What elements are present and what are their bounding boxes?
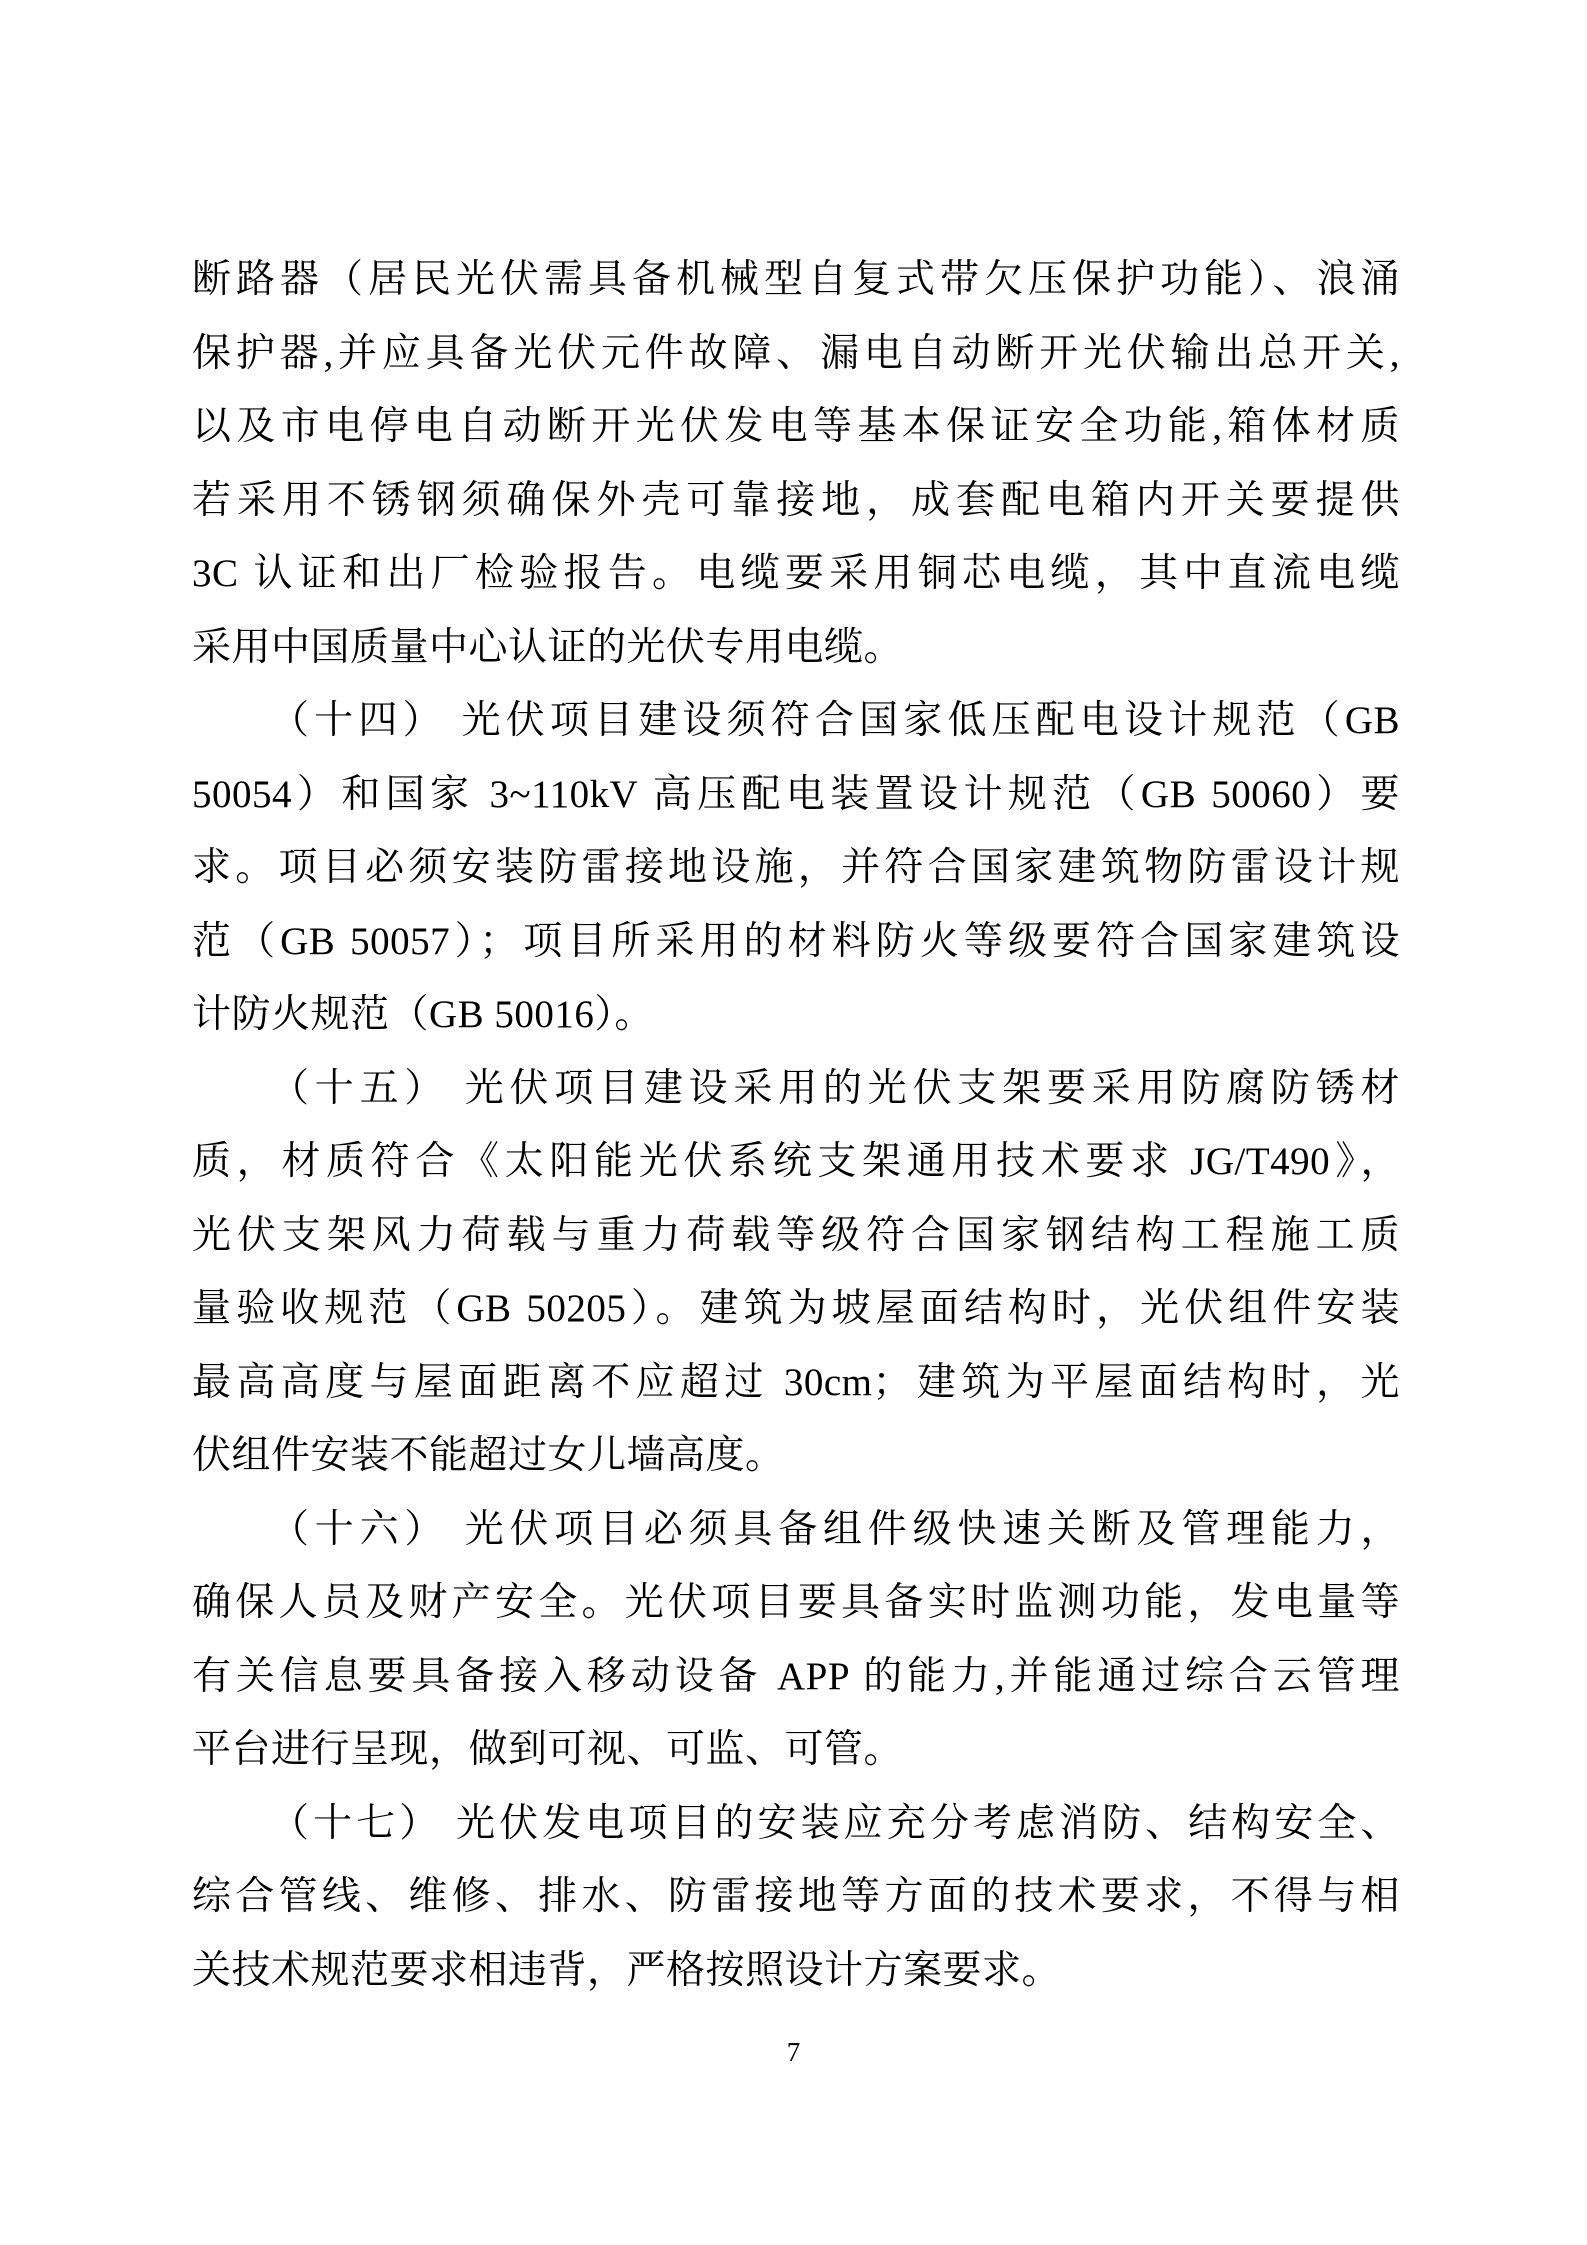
text-line: 最高高度与屋面距离不应超过 30cm；建筑为平屋面结构时，光 [192, 1346, 1400, 1420]
text-line: 若采用不锈钢须确保外壳可靠接地，成套配电箱内开关要提供 [192, 464, 1400, 538]
text-line: 平台进行呈现，做到可视、可监、可管。 [192, 1713, 1400, 1787]
page-number: 7 [787, 2037, 801, 2067]
clause-15-heading-line: （十五） 光伏项目建设采用的光伏支架要采用防腐防锈材 [192, 1052, 1400, 1126]
text-line: 3C 认证和出厂检验报告。电缆要采用铜芯电缆，其中直流电缆 [192, 537, 1400, 611]
clause-16-heading-line: （十六） 光伏项目必须具备组件级快速关断及管理能力， [192, 1493, 1400, 1567]
text-line: 求。项目必须安装防雷接地设施，并符合国家建筑物防雷设计规 [192, 831, 1400, 905]
text-line: 伏组件安装不能超过女儿墙高度。 [192, 1419, 1400, 1493]
document-page: 断路器（居民光伏需具备机械型自复式带欠压保护功能）、浪涌 保护器,并应具备光伏元… [0, 0, 1587, 2245]
text-line: 以及市电停电自动断开光伏发电等基本保证安全功能,箱体材质 [192, 390, 1400, 464]
text-line: 保护器,并应具备光伏元件故障、漏电自动断开光伏输出总开关, [192, 317, 1400, 391]
clause-17-heading-line: （十七） 光伏发电项目的安装应充分考虑消防、结构安全、 [192, 1787, 1400, 1861]
text-line: 断路器（居民光伏需具备机械型自复式带欠压保护功能）、浪涌 [192, 243, 1400, 317]
text-line: 关技术规范要求相违背，严格按照设计方案要求。 [192, 1934, 1400, 2008]
text-line: 有关信息要具备接入移动设备 APP 的能力,并能通过综合云管理 [192, 1640, 1400, 1714]
body-text: 断路器（居民光伏需具备机械型自复式带欠压保护功能）、浪涌 保护器,并应具备光伏元… [192, 243, 1400, 2007]
text-line: 计防火规范（GB 50016）。 [192, 978, 1400, 1052]
text-line: 光伏支架风力荷载与重力荷载等级符合国家钢结构工程施工质 [192, 1199, 1400, 1273]
text-line: 确保人员及财产安全。光伏项目要具备实时监测功能，发电量等 [192, 1566, 1400, 1640]
text-line: 质，材质符合《太阳能光伏系统支架通用技术要求 JG/T490》， [192, 1125, 1400, 1199]
clause-14-heading-line: （十四） 光伏项目建设须符合国家低压配电设计规范（GB [192, 684, 1400, 758]
text-line: 综合管线、维修、排水、防雷接地等方面的技术要求，不得与相 [192, 1860, 1400, 1934]
page-footer: 7 [0, 2036, 1587, 2068]
text-line: 范（GB 50057）；项目所采用的材料防火等级要符合国家建筑设 [192, 905, 1400, 979]
text-line: 采用中国质量中心认证的光伏专用电缆。 [192, 611, 1400, 685]
text-line: 量验收规范（GB 50205）。建筑为坡屋面结构时，光伏组件安装 [192, 1272, 1400, 1346]
text-line: 50054）和国家 3~110kV 高压配电装置设计规范（GB 50060）要 [192, 758, 1400, 832]
